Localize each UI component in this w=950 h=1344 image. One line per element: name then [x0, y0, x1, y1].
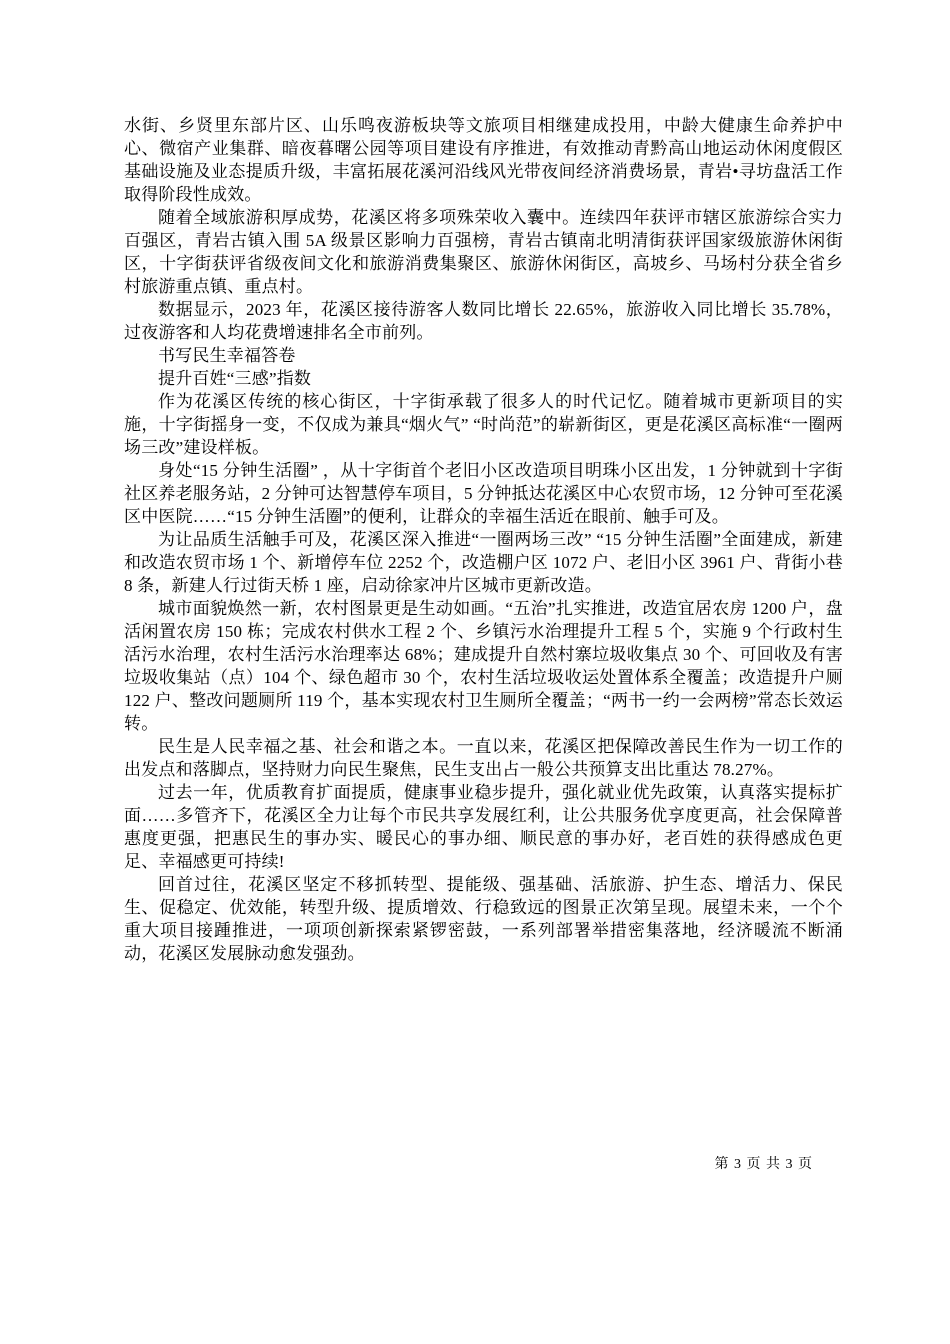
paragraph-outlook-conclusion: 回首过往，花溪区坚定不移抓转型、提能级、强基础、活旅游、护生态、增活力、保民生、…	[124, 873, 843, 965]
paragraph-public-services: 过去一年，优质教育扩面提质，健康事业稳步提升，强化就业优先政策，认真落实提标扩面…	[124, 781, 843, 873]
document-body: 水街、乡贤里东部片区、山乐鸣夜游板块等文旅项目相继建成投用，中龄大健康生命养护中…	[124, 114, 843, 965]
subheading-three-senses-index: 提升百姓“三感”指数	[124, 367, 843, 390]
paragraph-urban-renovation-figures: 为让品质生活触手可及，花溪区深入推进“一圈两场三改” “15 分钟生活圈”全面建…	[124, 528, 843, 597]
paragraph-shizi-street-renewal: 作为花溪区传统的核心街区，十字街承载了很多人的时代记忆。随着城市更新项目的实施，…	[124, 390, 843, 459]
subheading-livelihood-answer-sheet: 书写民生幸福答卷	[124, 344, 843, 367]
page-number-footer: 第 3 页 共 3 页	[0, 1155, 813, 1175]
paragraph-tourism-statistics: 数据显示，2023 年，花溪区接待游客人数同比增长 22.65%，旅游收入同比增…	[124, 298, 843, 344]
paragraph-tourism-projects: 水街、乡贤里东部片区、山乐鸣夜游板块等文旅项目相继建成投用，中龄大健康生命养护中…	[124, 114, 843, 206]
paragraph-15-minute-life-circle: 身处“15 分钟生活圈” ，从十字街首个老旧小区改造项目明珠小区出发，1 分钟就…	[124, 459, 843, 528]
document-page: 水街、乡贤里东部片区、山乐鸣夜游板块等文旅项目相继建成投用，中龄大健康生命养护中…	[0, 0, 950, 1344]
paragraph-livelihood-spending: 民生是人民幸福之基、社会和谐之本。一直以来，花溪区把保障改善民生作为一切工作的出…	[124, 735, 843, 781]
paragraph-tourism-honors: 随着全域旅游积厚成势，花溪区将多项殊荣收入囊中。连续四年获评市辖区旅游综合实力百…	[124, 206, 843, 298]
paragraph-rural-improvement-figures: 城市面貌焕然一新，农村图景更是生动如画。“五治”扎实推进，改造宜居农房 1200…	[124, 597, 843, 735]
